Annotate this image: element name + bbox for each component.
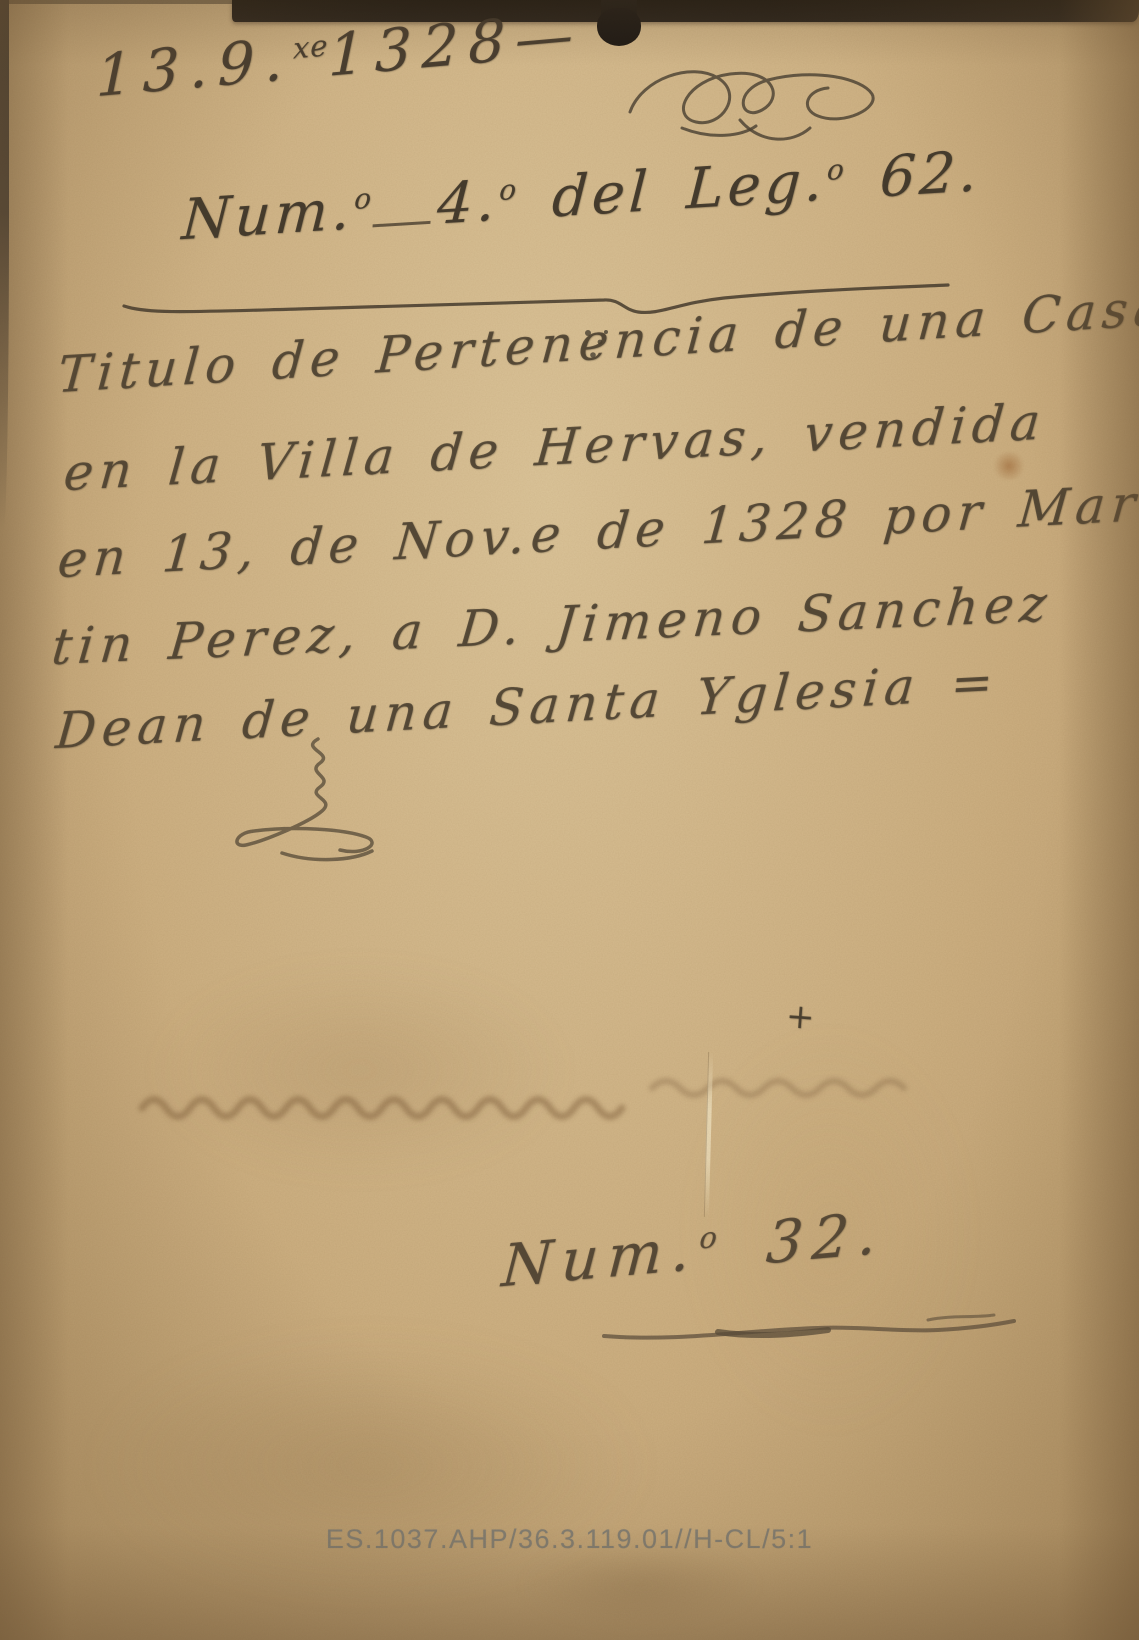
left-edge-shadow <box>0 0 9 530</box>
footer-underline-icon <box>598 1308 1022 1348</box>
date-main: 13.9. <box>95 25 293 111</box>
parchment-grain-overlay <box>0 0 1139 1640</box>
heading-number: 4. <box>435 168 500 237</box>
date-superscript: xe <box>293 28 329 65</box>
parchment-stain <box>150 960 570 1180</box>
footer-num-value: 32. <box>764 1198 888 1277</box>
small-rubric-icon <box>222 733 394 869</box>
heading-middle: del Leg. <box>550 148 828 230</box>
vertical-crease <box>704 1052 713 1217</box>
heading-sup-1: o <box>353 182 373 216</box>
rubric-flourish-icon <box>622 50 884 154</box>
footer-num-word: Num. <box>500 1214 702 1300</box>
body-line: Titulo de Pertenencia de una Casa <box>56 278 1139 404</box>
bleedthrough-marks-icon <box>132 1058 944 1142</box>
parchment-stain <box>520 1545 760 1625</box>
heading-sup-3: o <box>826 153 846 187</box>
date-dash: — <box>515 0 574 73</box>
footer-number: Num.o 32. <box>500 1198 888 1300</box>
heading-sup-2: o <box>498 173 518 207</box>
cross-mark: + <box>785 996 816 1038</box>
punch-hole-icon <box>597 8 641 46</box>
heading-dash <box>372 183 432 228</box>
body-line: en la Villa de Hervas, vendida <box>61 392 1048 502</box>
archive-watermark: ES.1037.AHP/36.3.119.01//H-CL/5:1 <box>0 1524 1139 1555</box>
edge-vignette <box>0 0 1139 1640</box>
footer-num-sup: o <box>698 1220 719 1256</box>
heading-value: 62. <box>878 139 983 211</box>
legajo-heading: Num.o4.o del Leg.o 62. <box>180 139 983 253</box>
parchment-document-scan: 13.9.xe1328— Num.o4.o del Leg.o 62. Titu… <box>0 0 1139 1640</box>
ink-stain <box>992 452 1026 480</box>
heading-num: Num. <box>180 177 356 253</box>
top-edge-hairline <box>0 0 240 4</box>
